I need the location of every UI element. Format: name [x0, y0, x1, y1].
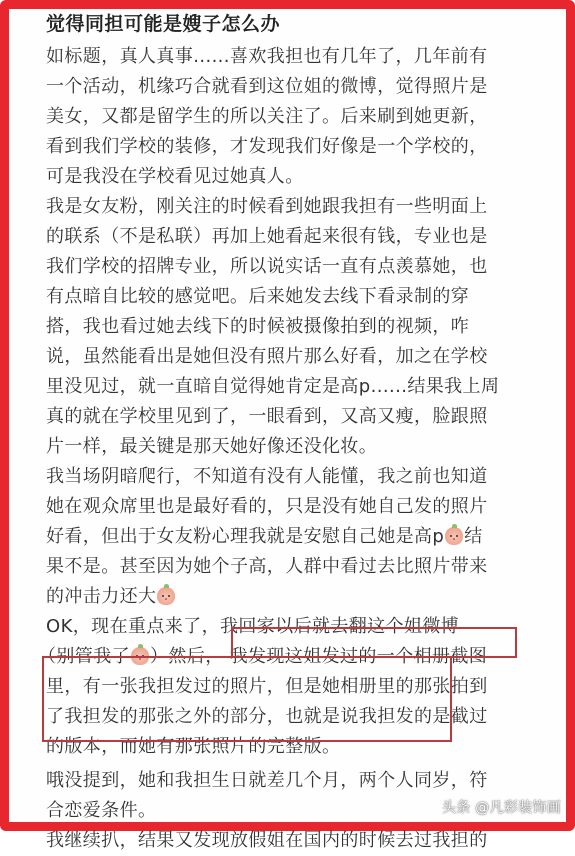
text-line: 可是我没在学校看见过她真人。 [46, 162, 496, 192]
highlighted-line: 了我担发的那张之外的部分，也就是说我担发的是截过 [46, 702, 496, 732]
text-line: 的冲击力还大 [46, 582, 496, 612]
text-line: 我们学校的招牌专业，所以说实话一直有点羡慕她，也 [46, 252, 496, 282]
text-line: 我当场阴暗爬行，不知道有没有人能懂，我之前也知道 [46, 462, 496, 492]
peach-face-emoji-icon [445, 527, 463, 545]
text-line: 合恋爱条件。 [46, 796, 496, 826]
text-line: （别管我了）然后，我发现这姐发过的一个相册截图 [38, 642, 496, 672]
watermark: 头条 @凡彩装饰画 [442, 797, 561, 817]
text-line: 里没见过，就一直暗自觉得她肯定是高p......结果我上周 [46, 372, 496, 402]
text-line: 我继续扒，结果又发现放假姐在国内的时候去过我担的 [46, 826, 496, 831]
text-line: 说，虽然能看出是她但没有照片那么好看，加之在学校 [46, 342, 496, 372]
text-segment: 好看，但出于女友粉心理我就是安慰自己她是高p [46, 526, 444, 547]
peach-face-emoji-icon [157, 587, 175, 605]
text-line: 如标题，真人真事......喜欢我担也有几年了，几年前有 [46, 42, 496, 72]
text-line: 片一样，最关键是那天她好像还没化妆。 [46, 432, 496, 462]
text-line: 一个活动，机缘巧合就看到这位姐的微博，觉得照片是 [46, 72, 496, 102]
highlighted-line: 里，有一张我担发过的照片，但是她相册里的那张拍到 [46, 672, 496, 702]
text-line: 搭，我也看过她去线下的时候被摄像拍到的视频，咋 [46, 312, 496, 342]
text-line: 看到我们学校的装修，才发现我们好像是一个学校的， [46, 132, 496, 162]
highlighted-line: 的版本，而她有那张照片的完整版。 [46, 732, 496, 762]
text-line: 哦没提到，她和我担生日就差几个月，两个人同岁，符 [46, 766, 496, 796]
text-line: 美女，又都是留学生的所以关注了。后来刷到她更新， [46, 102, 496, 132]
text-line: 有点暗自比较的感觉吧。后来她发去线下看录制的穿 [46, 282, 496, 312]
text-segment: 的冲击力还大 [46, 586, 156, 607]
post-body: 觉得同担可能是嫂子怎么办 如标题，真人真事......喜欢我担也有几年了，几年前… [46, 8, 496, 831]
text-line: 她在观众席里也是最好看的，只是没有她自己发的照片 [46, 492, 496, 522]
text-line: 真的就在学校里见到了，一眼看到，又高又瘦，脸跟照 [46, 402, 496, 432]
text-line: OK，现在重点来了，我回家以后就去翻这个姐微博 [46, 612, 496, 642]
text-segment: 结 [464, 526, 482, 547]
text-segment: ）然后， [150, 646, 224, 667]
text-line: 好看，但出于女友粉心理我就是安慰自己她是高p结 [46, 522, 496, 552]
post-title: 觉得同担可能是嫂子怎么办 [46, 8, 496, 40]
text-line: 果不是。甚至因为她个子高，人群中看过去比照片带来 [46, 552, 496, 582]
text-line: 的联系（不是私联）再加上她看起来很有钱，专业也是 [46, 222, 496, 252]
text-segment: （别管我了 [38, 646, 130, 667]
highlighted-text-start: 我发现这姐发过的一个相册截图 [230, 646, 488, 667]
text-line: 我是女友粉，刚关注的时候看到她跟我担有一些明面上 [46, 192, 496, 222]
peach-face-emoji-icon [131, 647, 149, 665]
